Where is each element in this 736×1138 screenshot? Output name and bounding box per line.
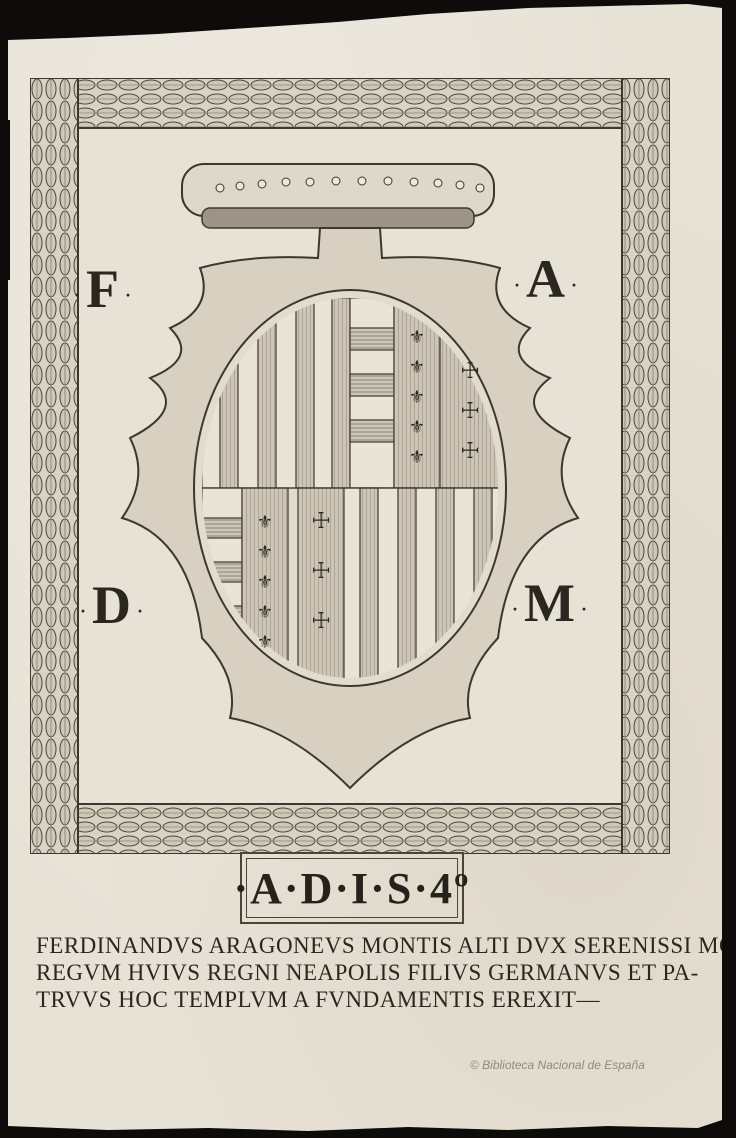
manuscript-page: ⚜⚜⚜⚜⚜ ⚜⚜⚜⚜⚜ ☩☩☩ ☩☩☩ ·F· ·A· ·D· ·M· ·A·D… bbox=[8, 0, 722, 1132]
inscription-line-3: TRVVS HOC TEMPLVM A FVNDAMENTIS EREXIT— bbox=[36, 986, 716, 1013]
svg-text:☩: ☩ bbox=[460, 359, 480, 384]
corner-letter-top-left: ·F· bbox=[68, 262, 137, 316]
corner-letter-bottom-left: ·D· bbox=[74, 578, 149, 632]
svg-text:⚜: ⚜ bbox=[257, 632, 273, 653]
svg-text:⚜: ⚜ bbox=[409, 387, 425, 408]
svg-text:⚜: ⚜ bbox=[409, 417, 425, 438]
copyright-watermark: © Biblioteca Nacional de España bbox=[470, 1058, 645, 1072]
svg-text:☩: ☩ bbox=[460, 439, 480, 464]
svg-text:☩: ☩ bbox=[460, 399, 480, 424]
svg-text:⚜: ⚜ bbox=[257, 512, 273, 533]
svg-text:☩: ☩ bbox=[311, 509, 331, 534]
svg-text:⚜: ⚜ bbox=[409, 357, 425, 378]
inscription-line-1: FERDINANDVS ARAGONEVS MONTIS ALTI DVX SE… bbox=[36, 932, 716, 959]
svg-text:⚜: ⚜ bbox=[257, 602, 273, 623]
svg-text:☩: ☩ bbox=[311, 609, 331, 634]
date-plaque: ·A·D·I·S·4º bbox=[240, 852, 464, 924]
svg-text:⚜: ⚜ bbox=[257, 572, 273, 593]
svg-text:⚜: ⚜ bbox=[257, 542, 273, 563]
corner-letter-bottom-right: ·M· bbox=[506, 576, 593, 630]
inscription-line-2: REGVM HVIVS REGNI NEAPOLIS FILIVS GERMAN… bbox=[36, 959, 716, 986]
dark-background-edge bbox=[0, 120, 10, 280]
plaque-text: ·A·D·I·S·4º bbox=[233, 863, 470, 914]
latin-inscription: FERDINANDVS ARAGONEVS MONTIS ALTI DVX SE… bbox=[36, 932, 716, 1013]
svg-text:⚜: ⚜ bbox=[409, 327, 425, 348]
svg-text:⚜: ⚜ bbox=[409, 447, 425, 468]
laurel-border-frame: ⚜⚜⚜⚜⚜ ⚜⚜⚜⚜⚜ ☩☩☩ ☩☩☩ bbox=[30, 78, 670, 854]
coat-of-arms-drawing: ⚜⚜⚜⚜⚜ ⚜⚜⚜⚜⚜ ☩☩☩ ☩☩☩ bbox=[30, 78, 670, 854]
corner-letter-top-right: ·A· bbox=[508, 252, 583, 306]
svg-text:☩: ☩ bbox=[311, 559, 331, 584]
